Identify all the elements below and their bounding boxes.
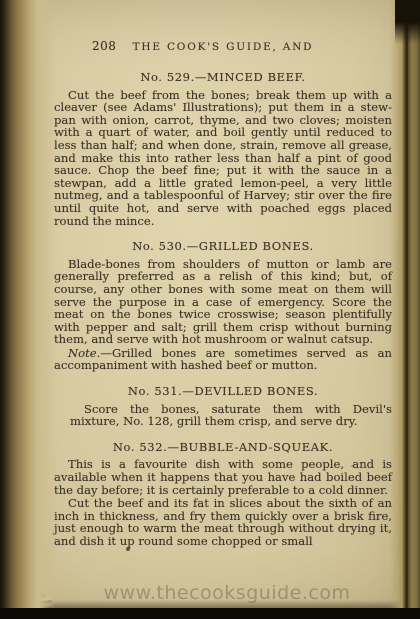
scan-bottom-border — [0, 608, 420, 619]
page-number: 208 — [92, 40, 116, 53]
recipe-heading-532: No. 532.—BUBBLE-AND-SQUEAK. — [54, 441, 392, 454]
recipe-heading-529: No. 529.—MINCED BEEF. — [54, 71, 392, 84]
recipe-531-paragraph: Score the bones, saturate them with Devi… — [54, 403, 392, 428]
watermark-text: www.thecooksguide.com — [34, 582, 420, 604]
recipe-532-paragraph-2: Cut the beef and its fat in slices about… — [54, 497, 392, 547]
shadow-top-right-corner — [395, 0, 420, 44]
recipe-529-paragraph: Cut the beef from the bones; break them … — [54, 89, 392, 228]
note-text: —Grilled bones are sometimes served as a… — [54, 346, 392, 373]
page-content: 208 THE COOK'S GUIDE, AND No. 529.—MINCE… — [54, 0, 392, 548]
recipe-532-paragraph-1: This is a favourite dish with some peopl… — [54, 458, 392, 496]
running-head: 208 THE COOK'S GUIDE, AND — [54, 0, 392, 54]
recipe-heading-530: No. 530.—GRILLED BONES. — [54, 240, 392, 253]
page-edge-right — [390, 0, 420, 608]
scanned-book-page: 208 THE COOK'S GUIDE, AND No. 529.—MINCE… — [0, 0, 420, 619]
recipe-heading-531: No. 531.—DEVILLED BONES. — [54, 385, 392, 398]
book-binding-shadow — [0, 0, 56, 608]
recipe-530-paragraph: Blade-bones from shoulders of mutton or … — [54, 258, 392, 346]
paper-specks — [0, 0, 2, 2]
recipe-530-note: Note.—Grilled bones are sometimes served… — [54, 347, 392, 372]
